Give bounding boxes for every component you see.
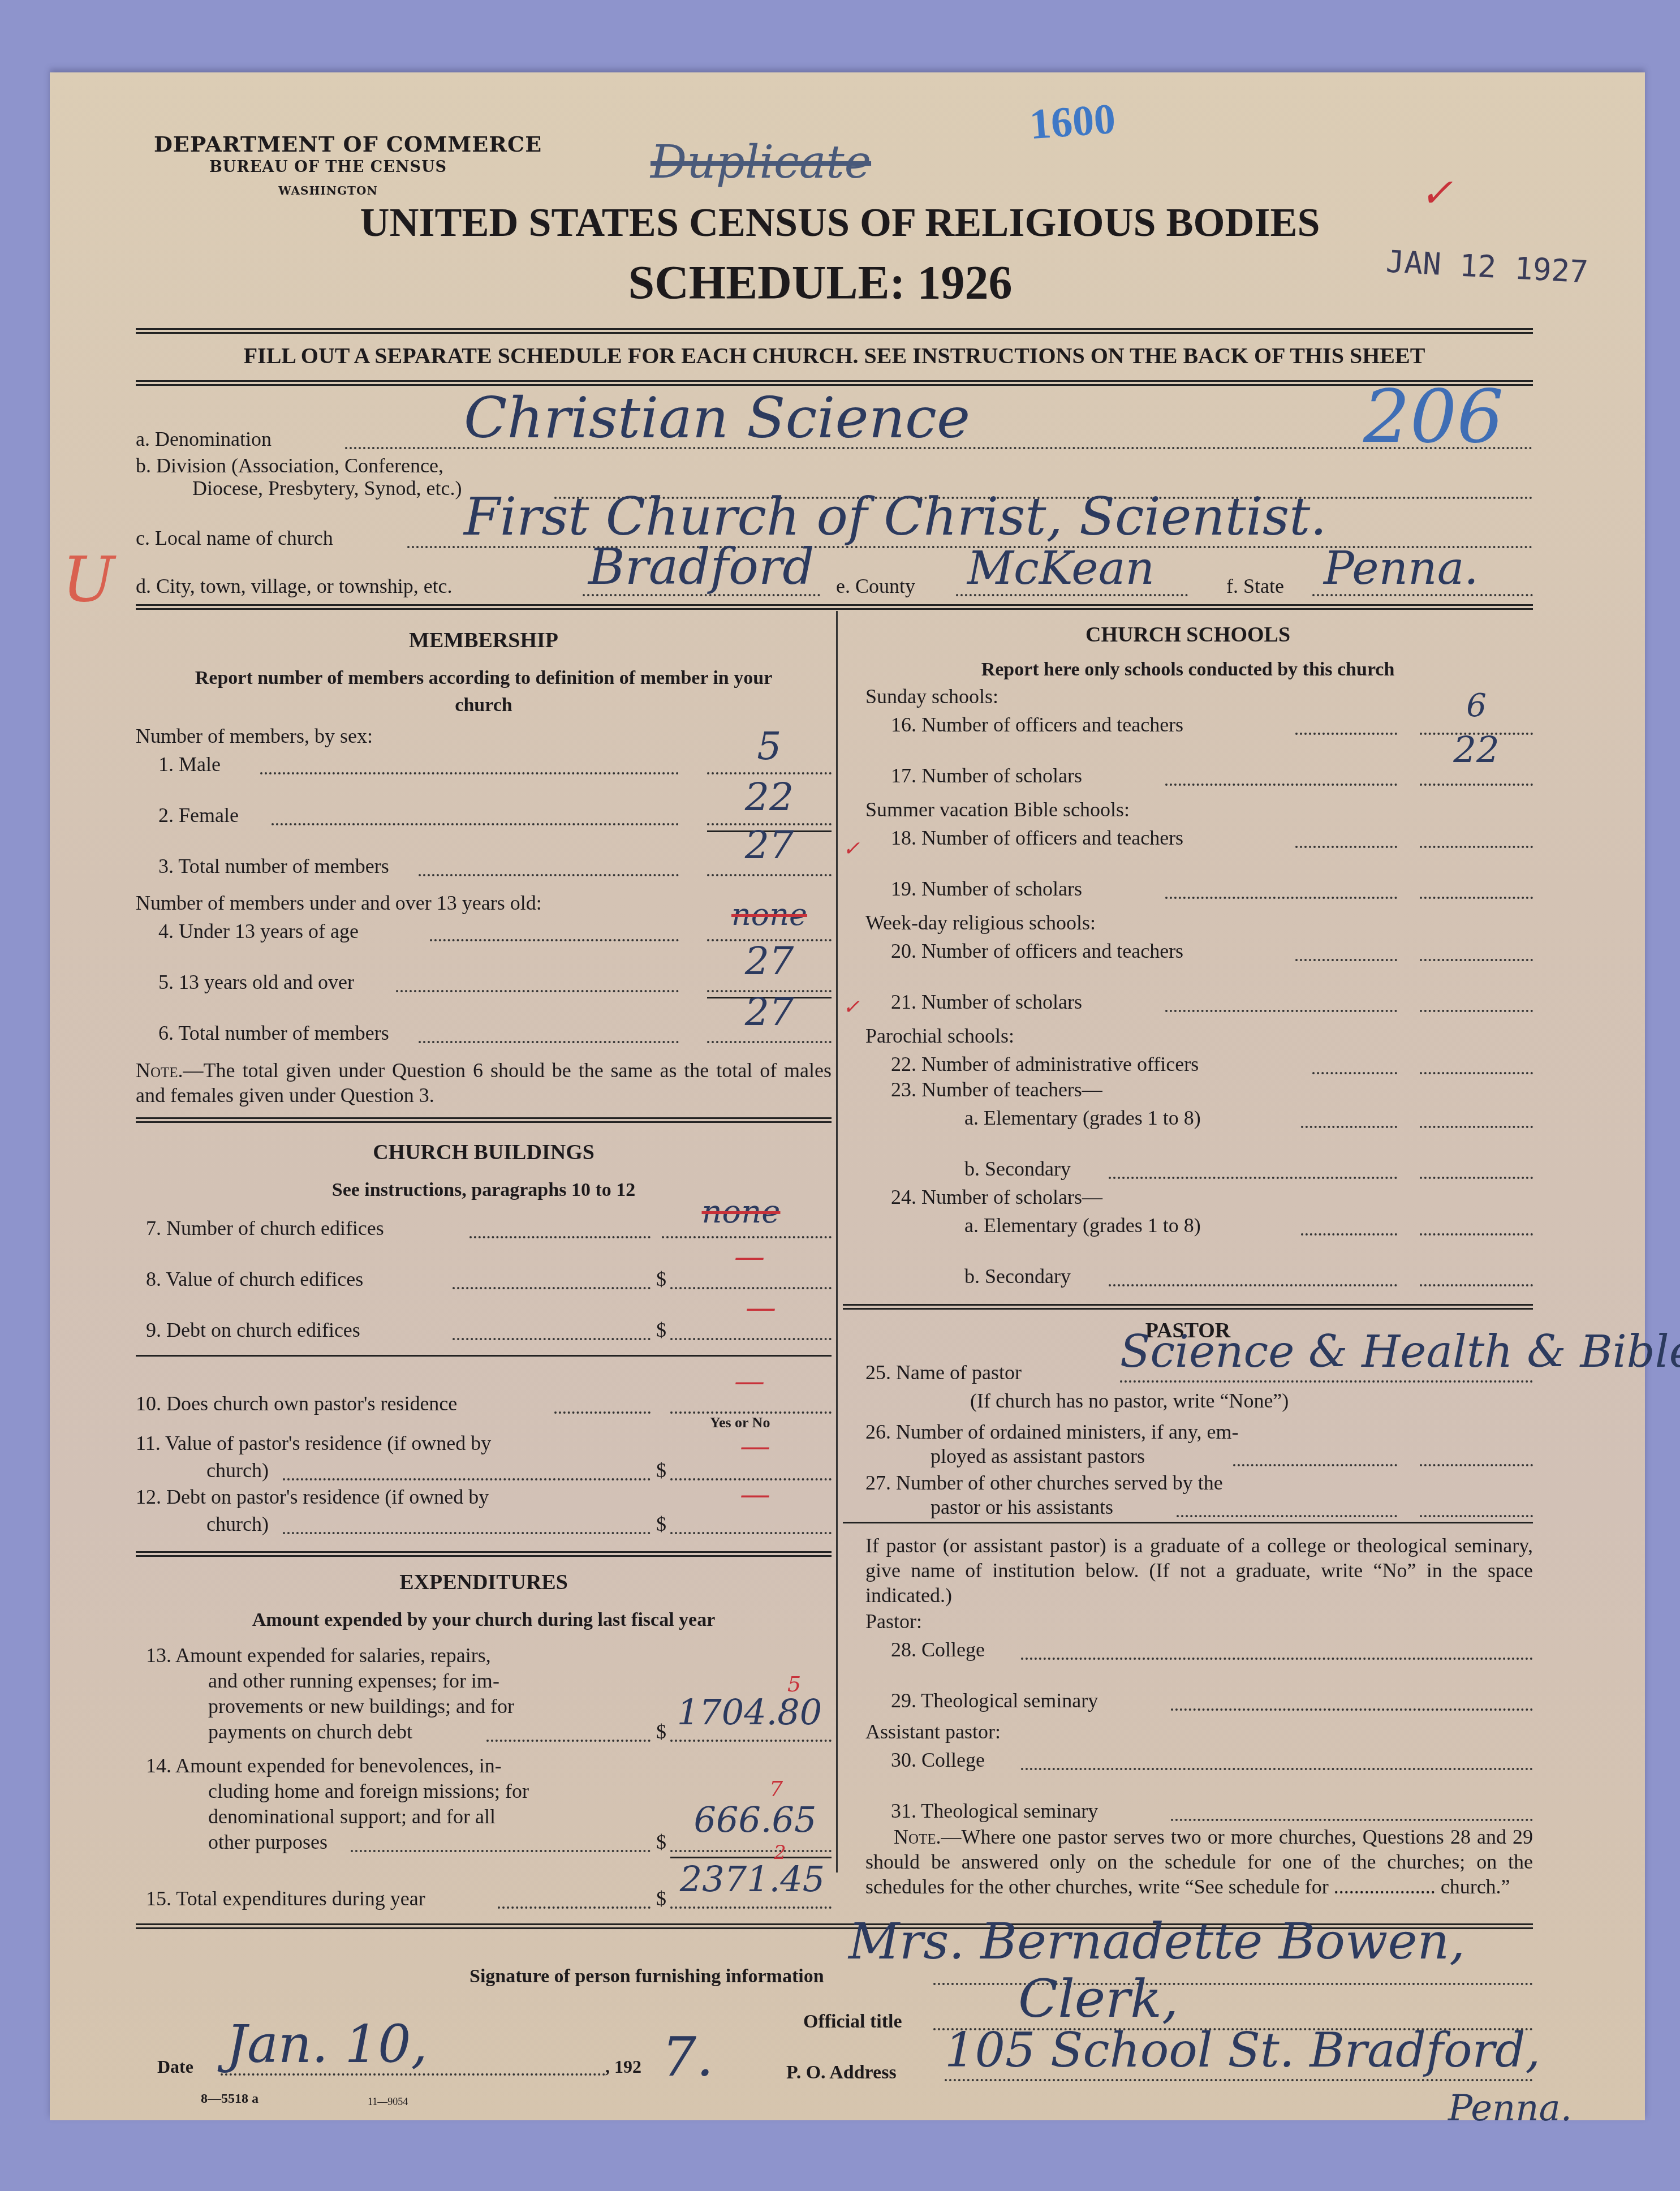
item13-correction: 5 [787, 1672, 801, 1697]
leader [283, 1532, 651, 1534]
q18-field[interactable] [1420, 846, 1533, 848]
state-label: f. State [1226, 574, 1284, 598]
male-label: 1. Male [158, 752, 221, 776]
q30-field[interactable] [1021, 1768, 1533, 1770]
owns-residence-field[interactable]: — [707, 1363, 792, 1399]
q17-field[interactable]: 22 [1420, 730, 1533, 772]
field-line [662, 1236, 832, 1238]
residence-debt-label: 12. Debt on pastor's residence (if owned… [136, 1485, 489, 1509]
q20-field[interactable] [1420, 959, 1533, 961]
q24a-label: a. Elementary (grades 1 to 8) [964, 1213, 1201, 1237]
dollar-sign: $ [656, 1887, 666, 1910]
official-title-field[interactable]: Clerk, [1018, 1969, 1178, 2029]
po-address-field[interactable]: 105 School St. Bradford, [945, 2022, 1540, 2078]
year-prefix: , 192 [605, 2056, 641, 2077]
edifices-debt-field[interactable]: — [718, 1290, 803, 1325]
bureau-name: BUREAU OF THE CENSUS [170, 158, 486, 176]
q23a-field[interactable] [1420, 1126, 1533, 1128]
leader [351, 1850, 651, 1852]
graduate-instructions: If pastor (or assistant pastor) is a gra… [865, 1533, 1533, 1608]
item13-label-4: payments on church debt [208, 1720, 412, 1744]
field-line [670, 1850, 832, 1852]
denomination-label: a. Denomination [136, 427, 272, 451]
schools-subheading: Report here only schools conducted by th… [843, 659, 1533, 681]
leader [1295, 846, 1397, 848]
schedule-year: SCHEDULE: 1926 [566, 256, 1075, 311]
item13-amount-field[interactable]: 1704.80 [667, 1691, 832, 1733]
print-number: 11—9054 [368, 2096, 408, 2108]
q28-label: 28. College [891, 1638, 985, 1661]
item13-label-1: 13. Amount expended for salaries, repair… [146, 1643, 491, 1667]
department-name: DEPARTMENT OF COMMERCE [141, 131, 554, 157]
field-line [670, 1338, 832, 1340]
q31-label: 31. Theological seminary [891, 1799, 1098, 1823]
q23a-label: a. Elementary (grades 1 to 8) [964, 1106, 1201, 1130]
note-prefix: Note. [894, 1826, 941, 1848]
q23b-label: b. Secondary [964, 1157, 1071, 1181]
q25-label: 25. Name of pastor [865, 1361, 1022, 1384]
q24b-field[interactable] [1420, 1284, 1533, 1286]
q30-label: 30. College [891, 1748, 985, 1772]
item15-correction: 2 [774, 1841, 786, 1864]
edifices-count-field[interactable]: none [656, 1194, 826, 1230]
field-line [707, 1041, 832, 1043]
margin-mark: U [62, 543, 115, 615]
summer-schools-label: Summer vacation Bible schools: [865, 798, 1130, 821]
q26-label-2: ployed as assistant pastors [931, 1444, 1145, 1468]
duplicate-annotation: Duplicate [651, 136, 871, 188]
leader [453, 1338, 651, 1340]
field-line [670, 1411, 832, 1414]
q18-label: 18. Number of officers and teachers [891, 826, 1183, 850]
state-field[interactable]: Penna. [1324, 542, 1479, 595]
address-line [945, 2079, 1533, 2081]
leader [1109, 1284, 1397, 1286]
leader [498, 1906, 651, 1909]
divider [136, 1355, 832, 1357]
item14-label-4: other purposes [208, 1830, 328, 1854]
q26-field[interactable] [1420, 1464, 1533, 1466]
item14-label-2: cluding home and foreign missions; for [208, 1779, 529, 1803]
division-label-2: Diocese, Presbytery, Synod, etc.) [192, 476, 462, 500]
q26-label-1: 26. Number of ordained ministers, if any… [865, 1420, 1239, 1444]
total-members-age-field[interactable]: 27 [707, 990, 832, 1035]
date-label: Date [157, 2056, 193, 2077]
q24b-label: b. Secondary [964, 1264, 1071, 1288]
q31-field[interactable] [1171, 1819, 1533, 1821]
leader [1165, 1010, 1397, 1012]
city-label: d. City, town, village, or township, etc… [136, 574, 453, 598]
official-title-label: Official title [803, 2011, 902, 2033]
q20-label: 20. Number of officers and teachers [891, 939, 1183, 963]
leader [1109, 1177, 1397, 1179]
divider [843, 1522, 1533, 1523]
item13-label-2: and other running expenses; for im- [208, 1669, 499, 1693]
note-text: —The total given under Question 6 should… [136, 1059, 832, 1107]
leader [419, 1041, 679, 1043]
county-field[interactable]: McKean [967, 542, 1155, 595]
red-tick-icon: ✓ [843, 996, 860, 1019]
q24-label: 24. Number of scholars— [891, 1185, 1102, 1209]
item14-label-3: denominational support; and for all [208, 1805, 496, 1828]
q24a-field[interactable] [1420, 1233, 1533, 1236]
leader [1177, 1515, 1397, 1517]
under-13-field[interactable]: none [701, 897, 837, 932]
residence-value-label: 11. Value of pastor's residence (if owne… [136, 1431, 491, 1455]
dollar-sign: $ [656, 1267, 666, 1291]
q21-field[interactable] [1420, 1010, 1533, 1012]
pastor-name-field[interactable]: Science & Health & Bible [1120, 1327, 1680, 1378]
edifices-value-field[interactable]: — [707, 1239, 792, 1275]
leader [272, 823, 679, 825]
divider [136, 1117, 832, 1123]
divider [136, 328, 1533, 334]
owns-residence-label: 10. Does church own pastor's residence [136, 1392, 457, 1415]
divider [136, 604, 1533, 610]
item15-label: 15. Total expenditures during year [146, 1887, 425, 1910]
field-line [670, 1906, 832, 1909]
field-line [670, 1287, 832, 1289]
q27-label-2: pastor or his assistants [931, 1495, 1113, 1519]
q23b-field[interactable] [1420, 1177, 1533, 1179]
leader [1165, 784, 1397, 786]
total-members-field[interactable]: 27 [707, 823, 832, 868]
divider [843, 1304, 1533, 1310]
weekday-schools-label: Week-day religious schools: [865, 911, 1096, 935]
item15-amount-field[interactable]: 2371.45 [673, 1858, 832, 1900]
dollar-sign: $ [656, 1512, 666, 1536]
leader [1312, 1072, 1397, 1074]
q22-label: 22. Number of administrative officers [891, 1052, 1199, 1076]
dollar-sign: $ [656, 1720, 666, 1744]
expenditures-subheading: Amount expended by your church during la… [136, 1609, 832, 1631]
edifices-debt-label: 9. Debt on church edifices [146, 1318, 360, 1342]
membership-heading: MEMBERSHIP [136, 628, 832, 653]
by-age-label: Number of members under and over 13 year… [136, 891, 542, 915]
total-members-label: 3. Total number of members [158, 854, 389, 878]
leader [396, 990, 679, 992]
residence-debt-label-2: church) [206, 1512, 269, 1536]
q22-field[interactable] [1420, 1072, 1533, 1074]
sunday-schools-label: Sunday schools: [865, 685, 998, 708]
buildings-heading: CHURCH BUILDINGS [136, 1140, 832, 1165]
schools-heading: CHURCH SCHOOLS [843, 622, 1533, 647]
form-number: 8—5518 a [201, 2091, 259, 2107]
year-field[interactable]: 7. [662, 2025, 714, 2089]
leader [1301, 1233, 1397, 1236]
leader [430, 939, 679, 941]
q17-label: 17. Number of scholars [891, 764, 1082, 787]
assistant-pastor-sublabel: Assistant pastor: [865, 1720, 1001, 1744]
q21-label: 21. Number of scholars [891, 990, 1082, 1014]
division-label: b. Division (Association, Conference, [136, 454, 443, 477]
pastor-sublabel: Pastor: [865, 1609, 922, 1633]
city-field[interactable]: Bradford [588, 537, 814, 596]
membership-note: Note.—The total given under Question 6 s… [136, 1058, 832, 1108]
q27-label-1: 27. Number of other churches served by t… [865, 1471, 1223, 1495]
leader [1165, 897, 1397, 899]
under-13-label: 4. Under 13 years of age [158, 919, 359, 943]
leader [554, 1411, 651, 1414]
leader [1295, 959, 1397, 961]
po-address-label: P. O. Address [786, 2062, 897, 2084]
item14-correction: 7 [769, 1776, 783, 1801]
code-number: 206 [1363, 373, 1504, 459]
leader [469, 1236, 651, 1238]
leader [1295, 733, 1397, 735]
item13-label-3: provements or new buildings; and for [208, 1694, 514, 1718]
q16-label: 16. Number of officers and teachers [891, 713, 1183, 737]
female-count-field[interactable]: 22 [707, 775, 832, 820]
q19-field[interactable] [1420, 897, 1533, 899]
edifices-value-label: 8. Value of church edifices [146, 1267, 363, 1291]
dollar-sign: $ [656, 1458, 666, 1482]
leader [260, 772, 679, 774]
over-13-field[interactable]: 27 [707, 939, 832, 984]
leader [453, 1287, 651, 1289]
local-name-label: c. Local name of church [136, 526, 333, 550]
residence-debt-field[interactable]: — [713, 1477, 798, 1512]
stamp-number: 1600 [1028, 94, 1117, 149]
leader [283, 1478, 651, 1480]
leader [486, 1740, 651, 1742]
leader [1301, 1126, 1397, 1128]
q25-hint: (If church has no pastor, write “None”) [970, 1389, 1289, 1413]
fill-instruction: FILL OUT A SEPARATE SCHEDULE FOR EACH CH… [136, 342, 1533, 369]
q27-field[interactable] [1420, 1515, 1533, 1517]
leader [1233, 1464, 1397, 1466]
form-title: UNITED STATES CENSUS OF RELIGIOUS BODIES [317, 199, 1363, 246]
q23-label: 23. Number of teachers— [891, 1078, 1102, 1101]
residence-value-label-2: church) [206, 1458, 269, 1482]
residence-value-field[interactable]: — [713, 1428, 798, 1464]
edifices-count-label: 7. Number of church edifices [146, 1216, 384, 1240]
item14-label-1: 14. Amount expended for benevolences, in… [146, 1754, 502, 1777]
field-line [707, 772, 832, 774]
q28-field[interactable] [1021, 1658, 1533, 1660]
male-count-field[interactable]: 5 [707, 724, 832, 769]
po-address-state: Penna. [1448, 2087, 1572, 2129]
city-name: WASHINGTON [238, 184, 419, 197]
membership-subheading: Report number of members according to de… [170, 665, 798, 719]
field-line [670, 1532, 832, 1534]
dollar-sign: $ [656, 1318, 666, 1342]
female-label: 2. Female [158, 803, 239, 827]
signature-field[interactable]: Mrs. Bernadette Bowen, [848, 1912, 1465, 1970]
date-field[interactable]: Jan. 10, [226, 2014, 428, 2074]
field-line [1420, 784, 1533, 786]
column-divider [836, 611, 838, 1873]
total-members-age-label: 6. Total number of members [158, 1021, 389, 1045]
dollar-sign: $ [656, 1830, 666, 1854]
field-line [670, 1740, 832, 1742]
field-line [707, 874, 832, 876]
item14-amount-field[interactable]: 666.65 [679, 1799, 832, 1840]
q19-label: 19. Number of scholars [891, 877, 1082, 901]
q29-label: 29. Theological seminary [891, 1689, 1098, 1712]
note-prefix: Note. [136, 1059, 183, 1082]
note-text: —Where one pastor serves two or more chu… [865, 1826, 1533, 1898]
q29-field[interactable] [1171, 1708, 1533, 1711]
denomination-field[interactable]: Christian Science [464, 385, 970, 451]
red-tick-icon: ✓ [843, 837, 860, 860]
field-line [1120, 1380, 1533, 1383]
signature-label: Signature of person furnishing informati… [469, 1966, 824, 1987]
red-checkmark-icon: ✓ [1420, 170, 1453, 216]
pastor-note: Note.—Where one pastor serves two or mor… [865, 1824, 1533, 1899]
divider [136, 1551, 832, 1557]
by-sex-label: Number of members, by sex: [136, 724, 373, 748]
q16-field[interactable]: 6 [1420, 687, 1533, 724]
leader [419, 874, 679, 876]
expenditures-heading: EXPENDITURES [136, 1570, 832, 1595]
over-13-label: 5. 13 years old and over [158, 970, 354, 994]
county-label: e. County [836, 574, 915, 598]
parochial-schools-label: Parochial schools: [865, 1024, 1014, 1048]
